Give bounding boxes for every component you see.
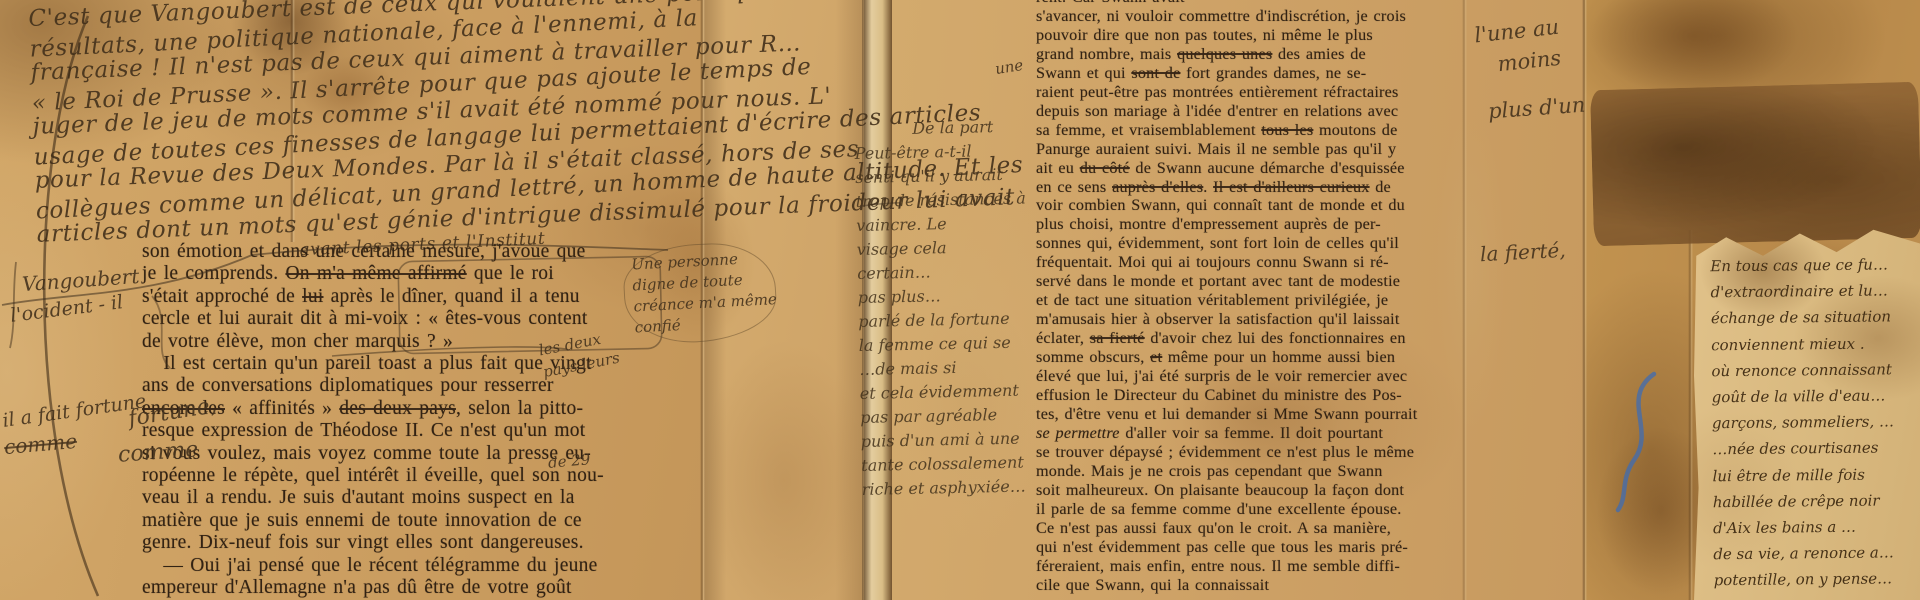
text-line: éclater, sa fierté d'avoir chez lui des … xyxy=(1036,329,1472,348)
text-line: depuis son mariage à l'idée d'entrer en … xyxy=(1036,102,1472,121)
text-line: rent. Car Swann avait xyxy=(1036,0,1472,7)
text-line: tes, d'être venu et lui demander si Mme … xyxy=(1036,405,1472,424)
text-line: riche et asphyxiée… xyxy=(862,474,1052,502)
text-line: je le comprends. On m'a même affirmé que… xyxy=(142,263,676,285)
text-line: se trouver dépaysé ; évidemment ce n'est… xyxy=(1036,443,1472,462)
text-line: habillée de crêpe noir xyxy=(1713,487,1920,516)
printed-text-left-column: son émotion et dans une certaine mesure,… xyxy=(142,241,676,600)
text-line: pouvoir dire que non pas toutes, ni même… xyxy=(1036,26,1472,45)
text-line: veau il a rendu. Je suis d'autant moins … xyxy=(142,487,676,509)
text-line: lui être de mille fois xyxy=(1712,460,1920,489)
printed-text-right-column: rent. Car Swann avaits'avancer, ni voulo… xyxy=(1036,0,1472,595)
text-line: en ce sens auprès d'elles. Il est d'aill… xyxy=(1036,178,1472,197)
text-segment: se permettre xyxy=(1036,424,1120,442)
text-line: trop de résistances à xyxy=(856,186,1046,214)
text-line: voir combien Swann, qui connaît tant de … xyxy=(1036,196,1472,215)
struck-text: lui xyxy=(302,286,323,307)
struck-text: auprès d'elles xyxy=(1112,178,1203,196)
text-line: Panurge auraient suivi. Mais il ne sembl… xyxy=(1036,140,1472,159)
margin-note: la fierté, xyxy=(1479,238,1566,266)
text-line: fréquentait. Moi qui ai toujours connu S… xyxy=(1036,253,1472,272)
text-line: son émotion et dans une certaine mesure,… xyxy=(142,241,676,263)
text-line: effusion le Directeur du Cabinet du mini… xyxy=(1036,386,1472,405)
text-line: servé dans le monde et portant avec tant… xyxy=(1036,272,1472,291)
handwritten-revision-block: C'est que Vangoubert est de ceux qui vou… xyxy=(28,0,883,267)
text-line: échange de sa situation xyxy=(1711,303,1920,332)
text-line: ans de conversations diplomatiques pour … xyxy=(142,375,676,397)
text-line: empereur d'Allemagne n'a pas dû être de … xyxy=(142,577,676,599)
pasted-paperole: En tous cas que ce fu…d'extraordinaire e… xyxy=(1694,226,1920,600)
text-line: ropéenne le répète, quel intérêt il évei… xyxy=(142,465,676,487)
margin-note: l'une aumoins xyxy=(1473,12,1564,83)
text-line: ait eu du côté de Swann aucune démarche … xyxy=(1036,159,1472,178)
text-line: qui n'est évidemment pas celle que tous … xyxy=(1036,538,1472,557)
struck-text: du côté xyxy=(1080,159,1130,177)
struck-text: et xyxy=(1150,348,1162,366)
text-line: d'Aix les bains a … xyxy=(1713,513,1920,542)
text-line: se permettre d'aller voir sa femme. Il d… xyxy=(1036,424,1472,443)
struck-text: tous les xyxy=(1261,121,1313,139)
gutter-handwritten-notes: De la partPeut-être a-t-ilsenti qu'il y … xyxy=(854,114,1052,502)
text-line: resque expression de Théodose II. Ce n'e… xyxy=(142,420,676,442)
text-line: il parle de sa femme comme d'une excelle… xyxy=(1036,500,1472,519)
manuscript-scan: C'est que Vangoubert est de ceux qui vou… xyxy=(0,0,1920,600)
struck-text: Il est d'ailleurs curieux xyxy=(1213,178,1369,196)
text-line: Ce n'est pas aussi faux qu'on le croit. … xyxy=(1036,519,1472,538)
text-line: sonnes qui, évidemment, sont fort loin d… xyxy=(1036,234,1472,253)
tape-stain xyxy=(1590,82,1920,247)
margin-note: de 29 xyxy=(547,450,591,472)
text-line: matière que je suis ennemi de toute inno… xyxy=(142,510,676,532)
text-line: somme obscurs, et même pour un homme aus… xyxy=(1036,348,1472,367)
text-line: plus choisi, montre d'empressement auprè… xyxy=(1036,215,1472,234)
text-line: où renonce connaissant xyxy=(1711,356,1920,385)
text-line: s'était approché de lui après le dîner, … xyxy=(142,286,676,308)
text-line: élevé que lui, j'ai été surpris de le vo… xyxy=(1036,367,1472,386)
text-line: soit malheureux. On plaisante beaucoup l… xyxy=(1036,481,1472,500)
text-line: goût de la ville d'eau… xyxy=(1712,382,1920,411)
text-line: genre. Dix-neuf fois sur vingt elles son… xyxy=(142,532,676,554)
text-line: m'amusais hier à observer la satisfactio… xyxy=(1036,310,1472,329)
text-line: raient peut-être pas montrées entièremen… xyxy=(1036,83,1472,102)
text-line: et de tact une situation véritablement p… xyxy=(1036,291,1472,310)
text-line: d'extraordinaire et lu… xyxy=(1710,277,1920,306)
text-line: Swann et qui sont de fort grandes dames,… xyxy=(1036,64,1472,83)
text-line: — Oui j'ai pensé que le récent télégramm… xyxy=(142,555,676,577)
struck-text: des deux pays xyxy=(339,398,456,419)
struck-text: sont de xyxy=(1131,64,1180,82)
text-line: s'avancer, ni vouloir commettre d'indisc… xyxy=(1036,7,1472,26)
text-line: grand nombre, mais quelques unes des ami… xyxy=(1036,45,1472,64)
paperole-handwriting: En tous cas que ce fu…d'extraordinaire e… xyxy=(1710,251,1920,594)
text-line: si vous voulez, mais voyez comme toute l… xyxy=(142,443,676,465)
struck-text: On m'a même affirmé xyxy=(285,263,466,284)
text-line: de sa vie, a renonce a… xyxy=(1713,539,1920,568)
text-line: monde. Mais je ne crois pas cependant qu… xyxy=(1036,462,1472,481)
struck-text: sa fierté xyxy=(1090,329,1145,347)
text-line: garçons, sommeliers, … xyxy=(1712,408,1920,437)
text-line: En tous cas que ce fu… xyxy=(1710,251,1920,280)
text-line: sa femme, et vraisemblablement tous les … xyxy=(1036,121,1472,140)
text-line: encore les « affinités » des deux pays, … xyxy=(142,398,676,420)
text-line: …née des courtisanes xyxy=(1712,434,1920,463)
struck-text: quelques unes xyxy=(1177,45,1272,63)
text-line: conviennent mieux . xyxy=(1711,329,1920,358)
text-line: cile que Swann, qui la connaissait xyxy=(1036,576,1472,595)
text-line: potentille, on y pense… xyxy=(1714,565,1920,594)
text-line: féreraient, mais enfin, entre nous. Il m… xyxy=(1036,557,1472,576)
